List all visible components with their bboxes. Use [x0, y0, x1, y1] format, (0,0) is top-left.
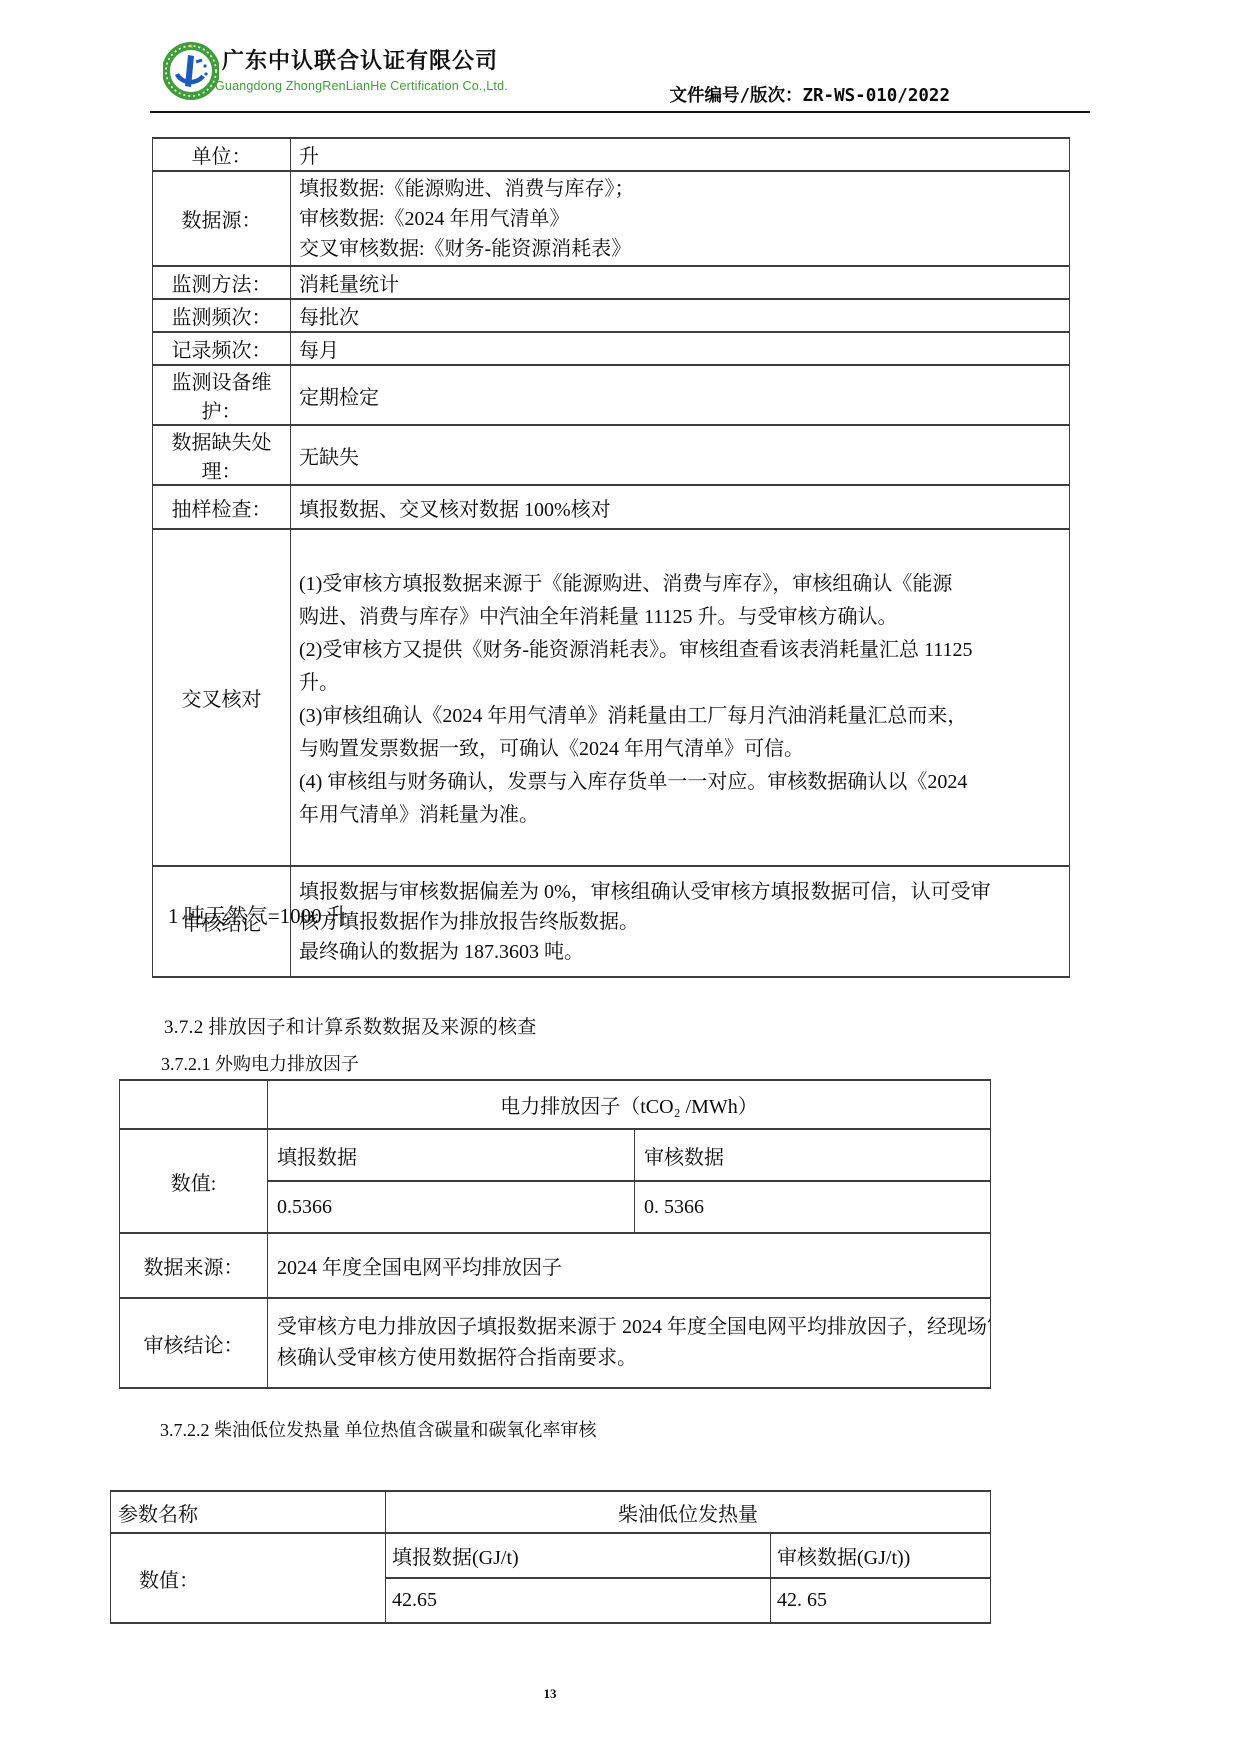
filled-data-label: 填报数据(GJ/t): [386, 1533, 771, 1578]
filled-data-value: 0.5366: [268, 1181, 635, 1233]
audited-data-value: 42. 65: [771, 1578, 991, 1623]
document-page: 广东中认联合认证有限公司 Guangdong ZhongRenLianHe Ce…: [0, 0, 1241, 1754]
company-logo: [163, 40, 219, 102]
electricity-emission-factor-table: 电力排放因子（tCO₂ /MWh） 数值: 填报数据 审核数据 0.5366 0…: [119, 1079, 991, 1389]
table-row: 数据来源： 2024 年度全国电网平均排放因子: [120, 1233, 991, 1298]
parameter-name-value: 柴油低位发热量: [386, 1491, 991, 1533]
data-source-value: 2024 年度全国电网平均排放因子: [268, 1233, 991, 1298]
cell-line: 最终确认的数据为 187.3603 吨。: [299, 937, 1061, 967]
row-label: 数值:: [120, 1129, 268, 1233]
row-value: 每批次: [291, 299, 1070, 332]
cell-line: 升。: [299, 667, 1061, 700]
section-heading-3721: 3.7.2.1 外购电力排放因子: [161, 1050, 359, 1076]
diesel-heating-value-table: 参数名称 柴油低位发热量 数值： 填报数据(GJ/t) 审核数据(GJ/t)) …: [110, 1490, 991, 1624]
table-row: 电力排放因子（tCO₂ /MWh）: [120, 1080, 991, 1129]
row-value: 填报数据:《能源购进、消费与库存》； 审核数据:《2024 年用气清单》 交叉审…: [291, 171, 1070, 266]
table-row: 监测方法： 消耗量统计: [153, 266, 1070, 299]
row-label: 审核结论：: [120, 1298, 268, 1388]
filled-data-value: 42.65: [386, 1578, 771, 1623]
header-divider: [150, 111, 1090, 113]
row-value: 填报数据与审核数据偏差为 0%，审核组确认受审核方填报数据可信，认可受审 核方填…: [291, 866, 1070, 977]
conversion-note: 1 吨天然气=1000 升: [168, 900, 348, 930]
cell-line: 年用气清单》消耗量为准。: [299, 799, 1061, 832]
cell-line: 填报数据:《能源购进、消费与库存》；: [299, 174, 1061, 204]
row-label: 数据来源：: [120, 1233, 268, 1298]
empty-cell: [120, 1080, 268, 1129]
row-value: 升: [291, 138, 1070, 171]
row-label: 交叉核对: [153, 529, 291, 866]
row-value: 无缺失: [291, 425, 1070, 485]
cell-line: 填报数据与审核数据偏差为 0%，审核组确认受审核方填报数据可信，认可受审: [299, 877, 1061, 907]
row-value: 填报数据、交叉核对数据 100%核对: [291, 485, 1070, 529]
table-row: 数值: 填报数据 审核数据: [120, 1129, 991, 1181]
table-row: 记录频次： 每月: [153, 332, 1070, 365]
audited-data-label: 审核数据: [635, 1129, 991, 1181]
row-value: (1)受审核方填报数据来源于《能源购进、消费与库存》，审核组确认《能源 购进、消…: [291, 529, 1070, 866]
cell-line: (3)审核组确认《2024 年用气清单》消耗量由工厂每月汽油消耗量汇总而来，: [299, 700, 1061, 733]
company-name-cn: 广东中认联合认证有限公司: [222, 44, 498, 75]
cell-line: (1)受审核方填报数据来源于《能源购进、消费与库存》，审核组确认《能源: [299, 568, 1061, 601]
cell-line: 与购置发票数据一致，可确认《2024 年用气清单》可信。: [299, 733, 1061, 766]
row-label: 记录频次：: [153, 332, 291, 365]
parameter-name-label: 参数名称: [111, 1491, 386, 1533]
cell-line: (4) 审核组与财务确认，发票与入库存货单一一对应。审核数据确认以《2024: [299, 766, 1061, 799]
cell-line: 购进、消费与库存》中汽油全年消耗量 11125 升。与受审核方确认。: [299, 601, 1061, 634]
row-value: 每月: [291, 332, 1070, 365]
section-heading-372: 3.7.2 排放因子和计算系数数据及来源的核查: [164, 1012, 537, 1039]
row-label: 数据源：: [153, 171, 291, 266]
certification-emblem-icon: [163, 40, 219, 102]
row-label: 数据缺失处理：: [153, 425, 291, 485]
monitoring-data-table: 单位： 升 数据源： 填报数据:《能源购进、消费与库存》； 审核数据:《2024…: [152, 137, 1070, 978]
cell-line: 核确认受审核方使用数据符合指南要求。: [277, 1343, 981, 1374]
table-row: 审核结论： 受审核方电力排放因子填报数据来源于 2024 年度全国电网平均排放因…: [120, 1298, 991, 1388]
page-number: 13: [110, 1686, 990, 1702]
table-row: 数据源： 填报数据:《能源购进、消费与库存》； 审核数据:《2024 年用气清单…: [153, 171, 1070, 266]
row-label: 抽样检查：: [153, 485, 291, 529]
cell-line: 审核数据:《2024 年用气清单》: [299, 204, 1061, 234]
row-label: 监测设备维护：: [153, 365, 291, 425]
section-heading-3722: 3.7.2.2 柴油低位发热量 单位热值含碳量和碳氧化率审核: [160, 1416, 597, 1442]
audited-data-value: 0. 5366: [635, 1181, 991, 1233]
table-row: 交叉核对 (1)受审核方填报数据来源于《能源购进、消费与库存》，审核组确认《能源…: [153, 529, 1070, 866]
cell-line: 受审核方电力排放因子填报数据来源于 2024 年度全国电网平均排放因子，经现场审: [277, 1312, 981, 1343]
cell-line: (2)受审核方又提供《财务-能资源消耗表》。审核组查看该表消耗量汇总 11125: [299, 634, 1061, 667]
audit-conclusion-value: 受审核方电力排放因子填报数据来源于 2024 年度全国电网平均排放因子，经现场审…: [268, 1298, 991, 1388]
company-name-en: Guangdong ZhongRenLianHe Certification C…: [215, 79, 508, 93]
table-row: 数值： 填报数据(GJ/t) 审核数据(GJ/t)): [111, 1533, 991, 1578]
table-row: 单位： 升: [153, 138, 1070, 171]
audited-data-label: 审核数据(GJ/t)): [771, 1533, 991, 1578]
cell-line: 交叉审核数据:《财务-能资源消耗表》: [299, 234, 1061, 264]
cell-line: 核方填报数据作为排放报告终版数据。: [299, 907, 1061, 937]
table-row: 监测频次： 每批次: [153, 299, 1070, 332]
row-value: 消耗量统计: [291, 266, 1070, 299]
table-row: 参数名称 柴油低位发热量: [111, 1491, 991, 1533]
row-label: 数值：: [111, 1533, 386, 1623]
document-number: 文件编号/版次：ZR-WS-010/2022: [620, 82, 950, 107]
row-label: 监测频次：: [153, 299, 291, 332]
filled-data-label: 填报数据: [268, 1129, 635, 1181]
row-value: 定期检定: [291, 365, 1070, 425]
row-label: 监测方法：: [153, 266, 291, 299]
table-header: 电力排放因子（tCO₂ /MWh）: [268, 1080, 991, 1129]
table-row: 监测设备维护： 定期检定: [153, 365, 1070, 425]
table-row: 抽样检查： 填报数据、交叉核对数据 100%核对: [153, 485, 1070, 529]
row-label: 单位：: [153, 138, 291, 171]
table-row: 数据缺失处理： 无缺失: [153, 425, 1070, 485]
